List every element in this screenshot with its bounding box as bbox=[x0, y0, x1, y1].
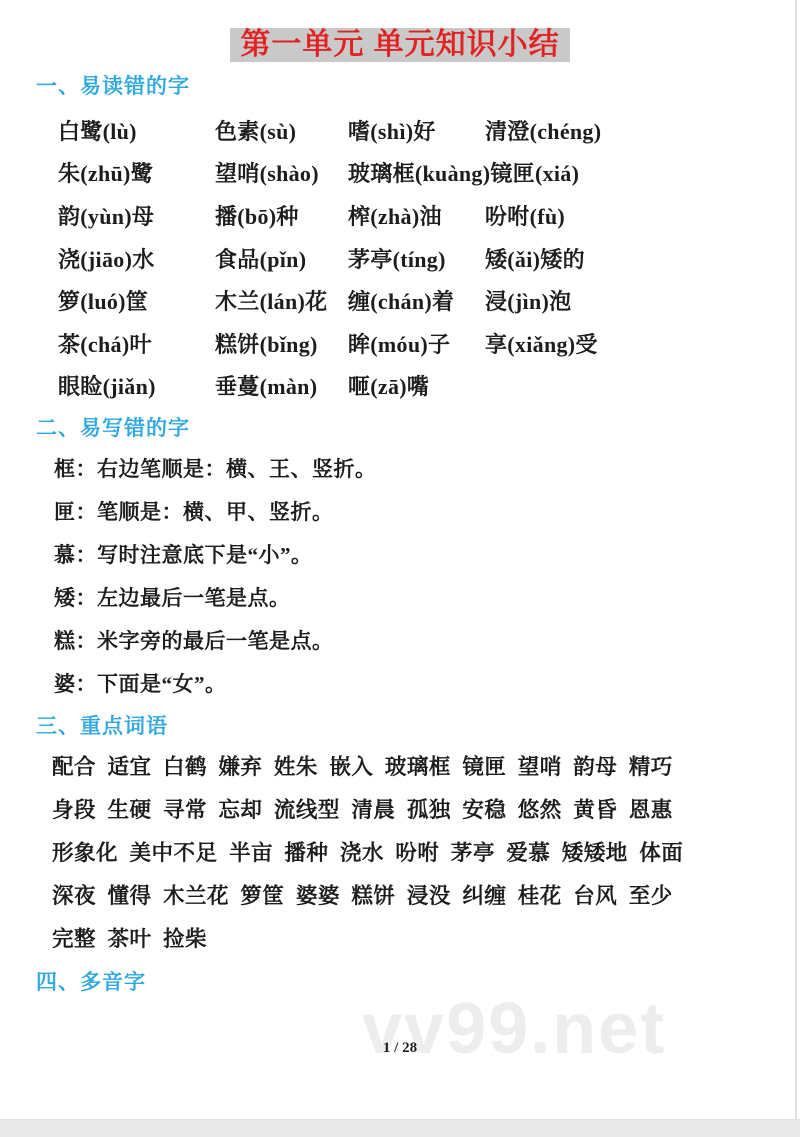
pinyin-entry: 嗜(shì)好 bbox=[348, 115, 485, 146]
pinyin-entry: 色素(sù) bbox=[215, 115, 348, 146]
pinyin-entry: 韵(yùn)母 bbox=[58, 200, 215, 231]
pinyin-entry: 矮(ǎi)矮的 bbox=[485, 243, 800, 274]
word-line: 配合 适宜 白鹤 嫌弃 姓朱 嵌入 玻璃框 镜匣 望哨 韵母 精巧 bbox=[52, 746, 800, 789]
pinyin-entry: 享(xiǎng)受 bbox=[485, 328, 800, 359]
pinyin-entry: 玻璃框(kuàng)镜匣(xiá) bbox=[348, 157, 800, 188]
pinyin-entry: 播(bō)种 bbox=[215, 200, 348, 231]
pinyin-entry: 茶(chá)叶 bbox=[58, 328, 215, 359]
pinyin-entry: 眼睑(jiǎn) bbox=[58, 370, 215, 401]
stroke-note: 矮：左边最后一笔是点。 bbox=[54, 577, 800, 620]
page-edge-line bbox=[795, 0, 797, 1119]
section-heading-2: 二、易写错的字 bbox=[36, 418, 800, 440]
section-heading-4: 四、多音字 bbox=[36, 972, 800, 994]
section-heading-3: 三、重点词语 bbox=[36, 716, 800, 738]
pinyin-entry: 清澄(chéng) bbox=[485, 115, 800, 146]
pinyin-entry: 箩(luó)筐 bbox=[58, 285, 215, 316]
pinyin-entry: 白鹭(lù) bbox=[58, 115, 215, 146]
word-line: 身段 生硬 寻常 忘却 流线型 清晨 孤独 安稳 悠然 黄昏 恩惠 bbox=[52, 789, 800, 832]
pinyin-table: 白鹭(lù) 色素(sù) 嗜(shì)好 清澄(chéng) 朱(zhū)鹭 … bbox=[58, 109, 800, 407]
pinyin-entry: 榨(zhà)油 bbox=[348, 200, 485, 231]
section-heading-1: 一、易读错的字 bbox=[36, 76, 800, 98]
pinyin-entry: 吩咐(fù) bbox=[485, 200, 800, 231]
word-line: 深夜 懂得 木兰花 箩筐 婆婆 糕饼 浸没 纠缠 桂花 台风 至少 bbox=[52, 875, 800, 918]
pinyin-entry: 食品(pǐn) bbox=[215, 243, 348, 274]
pinyin-entry: 朱(zhū)鹭 bbox=[58, 157, 215, 188]
key-word-list: 配合 适宜 白鹤 嫌弃 姓朱 嵌入 玻璃框 镜匣 望哨 韵母 精巧 身段 生硬 … bbox=[52, 746, 800, 961]
pinyin-entry: 咂(zā)嘴 bbox=[348, 370, 485, 401]
stroke-note: 匣：笔顺是：横、甲、竖折。 bbox=[54, 491, 800, 534]
pinyin-entry: 望哨(shào) bbox=[215, 157, 348, 188]
pinyin-entry: 糕饼(bǐng) bbox=[215, 328, 348, 359]
word-line: 形象化 美中不足 半亩 播种 浇水 吩咐 茅亭 爱慕 矮矮地 体面 bbox=[52, 832, 800, 875]
section-misread-characters: 一、易读错的字 白鹭(lù) 色素(sù) 嗜(shì)好 清澄(chéng) … bbox=[0, 76, 800, 407]
watermark: vv99.net bbox=[362, 988, 666, 1070]
pinyin-entry: 眸(móu)子 bbox=[348, 328, 485, 359]
document-page: 第一单元 单元知识小结 一、易读错的字 白鹭(lù) 色素(sù) 嗜(shì)… bbox=[0, 0, 800, 1137]
section-key-words: 三、重点词语 配合 适宜 白鹤 嫌弃 姓朱 嵌入 玻璃框 镜匣 望哨 韵母 精巧… bbox=[0, 716, 800, 961]
stroke-note: 糕：米字旁的最后一笔是点。 bbox=[54, 620, 800, 663]
pinyin-entry: 茅亭(tíng) bbox=[348, 243, 485, 274]
pinyin-entry: 垂蔓(màn) bbox=[215, 370, 348, 401]
title-row: 第一单元 单元知识小结 bbox=[0, 0, 800, 62]
section-polyphonic-characters: 四、多音字 bbox=[0, 972, 800, 994]
page-bottom-edge bbox=[0, 1119, 800, 1137]
pinyin-entry: 木兰(lán)花 bbox=[215, 285, 348, 316]
section-miswritten-characters: 二、易写错的字 框：右边笔顺是：横、王、竖折。 匣：笔顺是：横、甲、竖折。 慕：… bbox=[0, 418, 800, 706]
stroke-note: 慕：写时注意底下是“小”。 bbox=[54, 534, 800, 577]
pinyin-entry: 缠(chán)着 bbox=[348, 285, 485, 316]
pinyin-entry: 浸(jìn)泡 bbox=[485, 285, 800, 316]
page-title: 第一单元 单元知识小结 bbox=[230, 28, 569, 62]
stroke-note-list: 框：右边笔顺是：横、王、竖折。 匣：笔顺是：横、甲、竖折。 慕：写时注意底下是“… bbox=[54, 448, 800, 706]
word-line: 完整 茶叶 捡柴 bbox=[52, 918, 800, 961]
page-number: 1 / 28 bbox=[0, 1040, 800, 1057]
pinyin-entry: 浇(jiāo)水 bbox=[58, 243, 215, 274]
stroke-note: 框：右边笔顺是：横、王、竖折。 bbox=[54, 448, 800, 491]
stroke-note: 婆：下面是“女”。 bbox=[54, 663, 800, 706]
